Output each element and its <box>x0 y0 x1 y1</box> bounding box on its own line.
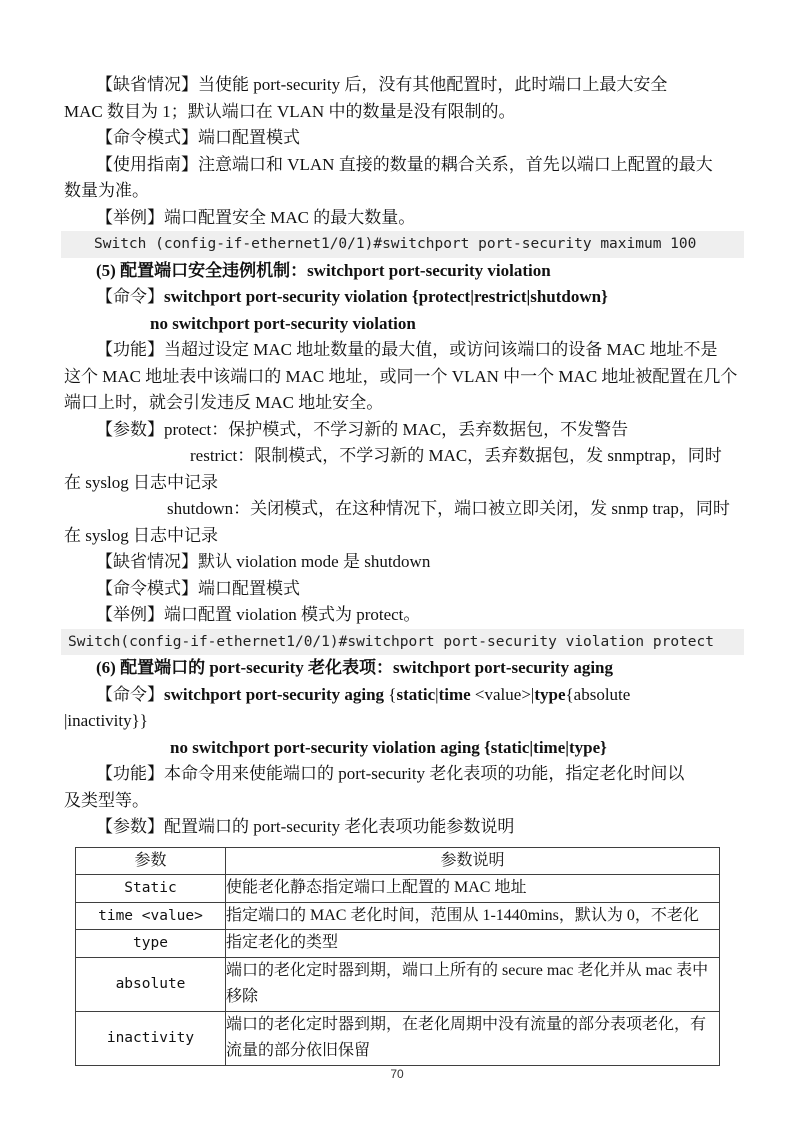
example-intro-line: 【举例】端口配置安全 MAC 的最大数量。 <box>64 205 740 232</box>
desc-cell: 使能老化静态指定端口上配置的 MAC 地址 <box>226 875 720 903</box>
function-aging-line-2: 及类型等。 <box>64 788 740 815</box>
command-mode-violation: 【命令模式】端口配置模式 <box>64 576 740 603</box>
value-placeholder: <value>| <box>471 685 535 704</box>
param-restrict-line-2: 在 syslog 日志中记录 <box>64 470 740 497</box>
table-row: absolute 端口的老化定时器到期，端口上所有的 secure mac 老化… <box>76 957 720 1011</box>
function-line-1: 【功能】当超过设定 MAC 地址数量的最大值，或访问该端口的设备 MAC 地址不… <box>64 337 740 364</box>
desc-cell: 指定老化的类型 <box>226 930 720 958</box>
command-label: 【命令】 <box>96 287 164 306</box>
command-label: 【命令】 <box>96 685 164 704</box>
command-mode-line: 【命令模式】端口配置模式 <box>64 125 740 152</box>
command-keyword: switchport port-security violation <box>164 287 412 306</box>
command-syntax-no-violation: no switchport port-security violation <box>64 311 740 338</box>
code-line-violation: Switch(config-if-ethernet1/0/1)#switchpo… <box>61 629 744 656</box>
param-restrict-line-1: restrict：限制模式，不学习新的 MAC，丢弃数据包，发 snmptrap… <box>64 443 740 470</box>
table-row: type 指定老化的类型 <box>76 930 720 958</box>
command-keyword: switchport port-security aging <box>164 685 388 704</box>
default-status-line-1: 【缺省情况】当使能 port-security 后，没有其他配置时，此时端口上最… <box>64 72 740 99</box>
table-row: time <value> 指定端口的 MAC 老化时间，范围从 1-1440mi… <box>76 902 720 930</box>
keyword-static: static <box>396 685 435 704</box>
code-line-maximum: Switch (config-if-ethernet1/0/1)#switchp… <box>61 231 744 258</box>
example-intro-violation: 【举例】端口配置 violation 模式为 protect。 <box>64 602 740 629</box>
section-heading-aging: (6) 配置端口的 port-security 老化表项：switchport … <box>64 655 740 682</box>
function-line-2: 这个 MAC 地址表中该端口的 MAC 地址，或同一个 VLAN 中一个 MAC… <box>64 364 740 391</box>
command-syntax-violation: 【命令】switchport port-security violation {… <box>64 284 740 311</box>
param-table-intro: 【参数】配置端口的 port-security 老化表项功能参数说明 <box>64 814 740 841</box>
command-syntax-aging-line-2: |inactivity}} <box>64 708 740 735</box>
param-cell: inactivity <box>76 1011 226 1065</box>
table-row: inactivity 端口的老化定时器到期，在老化周期中没有流量的部分表项老化，… <box>76 1011 720 1065</box>
default-status-violation: 【缺省情况】默认 violation mode 是 shutdown <box>64 549 740 576</box>
param-cell: time <value> <box>76 902 226 930</box>
header-param-desc: 参数说明 <box>226 847 720 875</box>
parameter-table: 参数 参数说明 Static 使能老化静态指定端口上配置的 MAC 地址 tim… <box>75 847 720 1066</box>
usage-guide-line-1: 【使用指南】注意端口和 VLAN 直接的数量的耦合关系，首先以端口上配置的最大 <box>64 152 740 179</box>
table-header-row: 参数 参数说明 <box>76 847 720 875</box>
desc-cell: 端口的老化定时器到期，端口上所有的 secure mac 老化并从 mac 表中… <box>226 957 720 1011</box>
document-page: 【缺省情况】当使能 port-security 后，没有其他配置时，此时端口上最… <box>0 0 794 1123</box>
param-shutdown-line-2: 在 syslog 日志中记录 <box>64 523 740 550</box>
section-heading-violation: (5) 配置端口安全违例机制：switchport port-security … <box>64 258 740 285</box>
header-param: 参数 <box>76 847 226 875</box>
param-protect-line: 【参数】protect：保护模式，不学习新的 MAC，丢弃数据包，不发警告 <box>64 417 740 444</box>
function-line-3: 端口上时，就会引发违反 MAC 地址安全。 <box>64 390 740 417</box>
desc-cell: 指定端口的 MAC 老化时间，范围从 1-1440mins，默认为 0，不老化 <box>226 902 720 930</box>
desc-cell: 端口的老化定时器到期，在老化周期中没有流量的部分表项老化，有流量的部分依旧保留 <box>226 1011 720 1065</box>
command-syntax-no-aging: no switchport port-security violation ag… <box>64 735 740 762</box>
function-aging-line-1: 【功能】本命令用来使能端口的 port-security 老化表项的功能，指定老… <box>64 761 740 788</box>
param-cell: Static <box>76 875 226 903</box>
param-shutdown-line-1: shutdown：关闭模式，在这种情况下，端口被立即关闭，发 snmp trap… <box>64 496 740 523</box>
table-row: Static 使能老化静态指定端口上配置的 MAC 地址 <box>76 875 720 903</box>
keyword-type: type <box>534 685 565 704</box>
usage-guide-line-2: 数量为准。 <box>64 178 740 205</box>
brace-absolute: {absolute <box>566 685 631 704</box>
param-cell: type <box>76 930 226 958</box>
command-arguments: {protect|restrict|shutdown} <box>412 287 608 306</box>
page-number: 70 <box>0 1067 794 1081</box>
param-cell: absolute <box>76 957 226 1011</box>
default-status-line-2: MAC 数目为 1；默认端口在 VLAN 中的数量是没有限制的。 <box>64 99 740 126</box>
document-body: 【缺省情况】当使能 port-security 后，没有其他配置时，此时端口上最… <box>64 72 740 1066</box>
keyword-time: time <box>439 685 471 704</box>
command-syntax-aging-line-1: 【命令】switchport port-security aging {stat… <box>64 682 740 709</box>
